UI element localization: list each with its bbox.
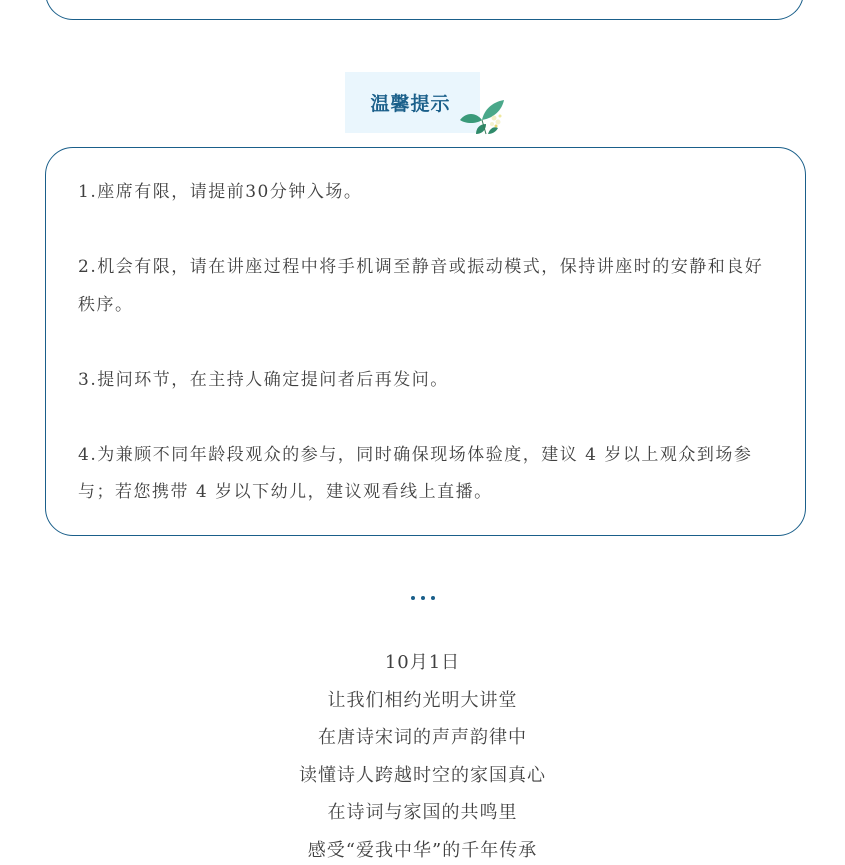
poem-line: 让我们相约光明大讲堂: [0, 682, 845, 720]
tip-item: 3.提问环节，在主持人确定提问者后再发问。: [78, 362, 775, 400]
tip-item: 1.座席有限，请提前30分钟入场。: [78, 174, 775, 212]
section-title: 温馨提示: [370, 89, 450, 116]
poem-date: 10月1日: [0, 644, 845, 682]
dot: [411, 596, 415, 600]
leaf-decoration-icon: [458, 98, 510, 136]
tip-item: 2.机会有限，请在讲座过程中将手机调至静音或振动模式，保持讲座时的安静和良好秩序…: [78, 249, 775, 324]
previous-section-box: [45, 0, 804, 20]
poem-block: 10月1日 让我们相约光明大讲堂 在唐诗宋词的声声韵律中 读懂诗人跨越时空的家国…: [0, 644, 845, 865]
dot: [421, 596, 425, 600]
poem-line: 在唐诗宋词的声声韵律中: [0, 719, 845, 757]
poem-line: 读懂诗人跨越时空的家国真心: [0, 757, 845, 795]
tip-item: 4.为兼顾不同年龄段观众的参与，同时确保现场体验度，建议 4 岁以上观众到场参与…: [78, 437, 775, 512]
ellipsis-dots-icon: [0, 596, 845, 600]
poem-line: 在诗词与家国的共鸣里: [0, 794, 845, 832]
dot: [431, 596, 435, 600]
poem-line: 感受“爱我中华”的千年传承: [0, 832, 845, 865]
tips-box: 1.座席有限，请提前30分钟入场。 2.机会有限，请在讲座过程中将手机调至静音或…: [45, 147, 806, 536]
